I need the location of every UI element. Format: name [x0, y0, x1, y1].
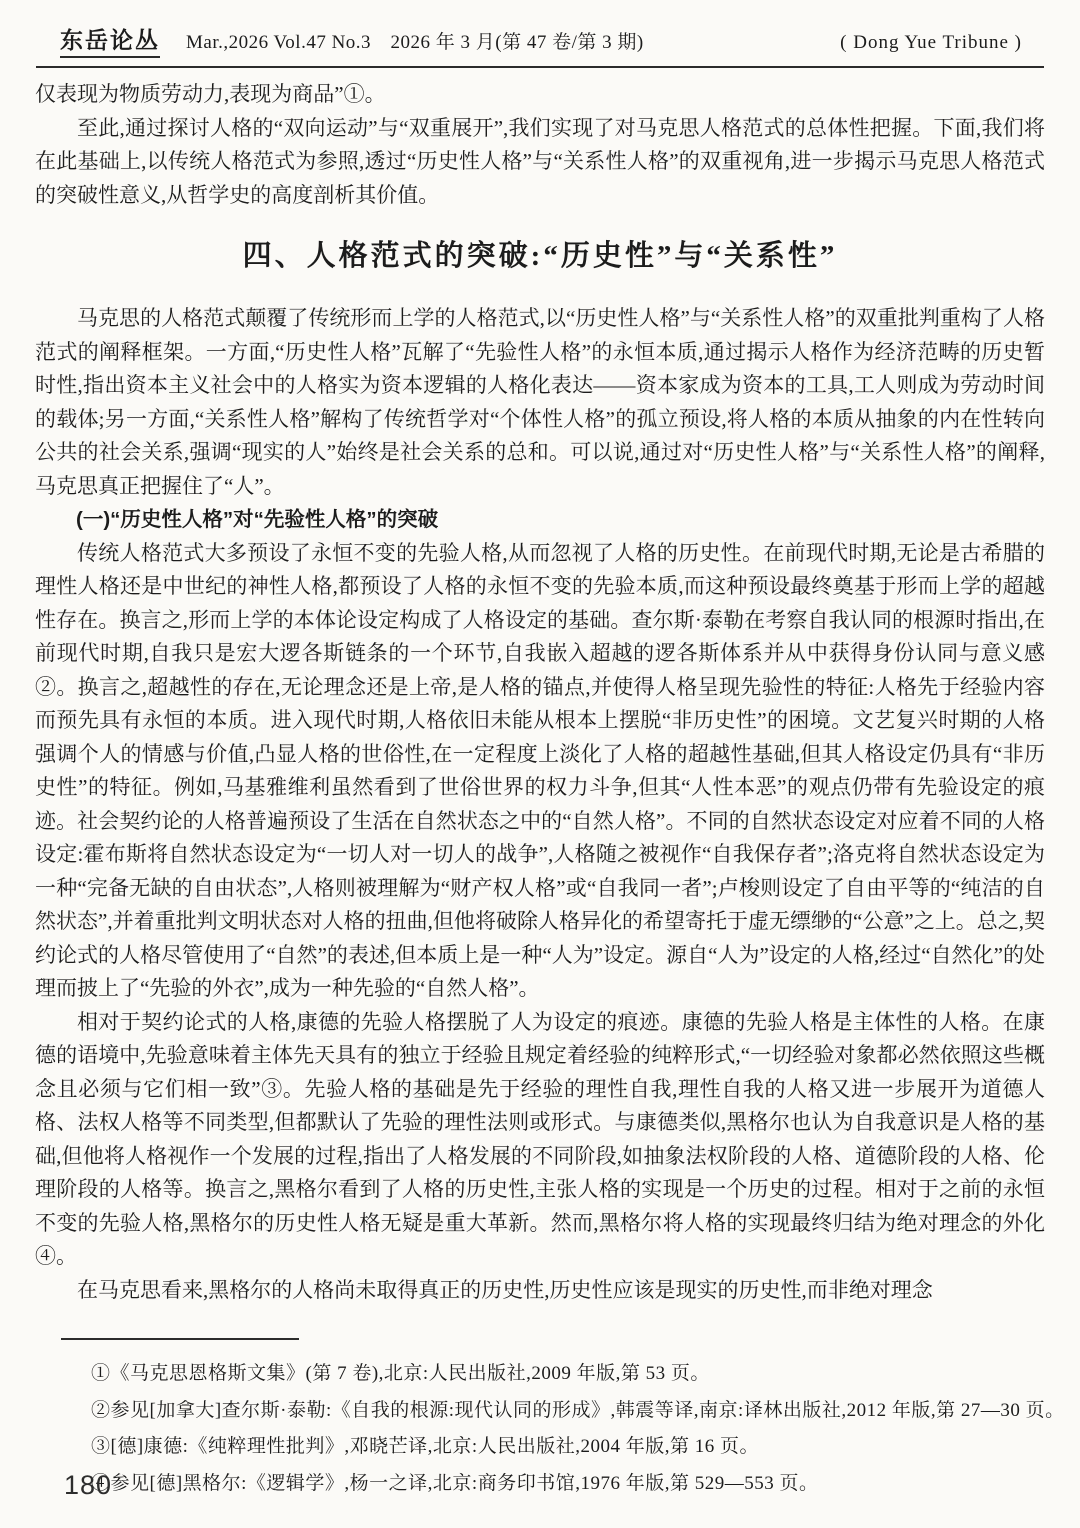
- journal-name: 东岳论丛: [60, 22, 160, 58]
- article-body: 仅表现为物质劳动力,表现为商品”①。 至此,通过探讨人格的“双向运动”与“双重展…: [35, 78, 1045, 1307]
- footnote-4: ④参见[德]黑格尔:《逻辑学》,杨一之译,北京:商务印书馆,1976 年版,第 …: [35, 1466, 1045, 1503]
- page-number: 180: [64, 1470, 112, 1501]
- footnote-3: ③[德]康德:《纯粹理性批判》,邓晓芒译,北京:人民出版社,2004 年版,第 …: [35, 1429, 1045, 1466]
- paragraph-overview: 至此,通过探讨人格的“双向运动”与“双重展开”,我们实现了对马克思人格范式的总体…: [35, 112, 1045, 213]
- paragraph-tradition: 传统人格范式大多预设了永恒不变的先验人格,从而忽视了人格的历史性。在前现代时期,…: [35, 537, 1045, 1006]
- subsection-heading: (一)“历史性人格”对“先验性人格”的突破: [35, 503, 1045, 537]
- section-heading: 四、人格范式的突破:“历史性”与“关系性”: [35, 236, 1045, 276]
- journal-name-english: ( Dong Yue Tribune ): [840, 32, 1022, 54]
- issue-info: Mar.,2026 Vol.47 No.3 2026 年 3 月(第 47 卷/…: [186, 27, 644, 54]
- paragraph-kant-hegel: 相对于契约论式的人格,康德的先验人格摆脱了人为设定的痕迹。康德的先验人格是主体性…: [35, 1006, 1045, 1274]
- page-header: 东岳论丛 Mar.,2026 Vol.47 No.3 2026 年 3 月(第 …: [36, 22, 1044, 68]
- footnotes-section: ①《马克思恩格斯文集》(第 7 卷),北京:人民出版社,2009 年版,第 53…: [35, 1338, 1045, 1502]
- footnote-divider: [61, 1338, 299, 1340]
- paragraph-section-intro: 马克思的人格范式颠覆了传统形而上学的人格范式,以“历史性人格”与“关系性人格”的…: [35, 302, 1045, 503]
- paragraph-marx: 在马克思看来,黑格尔的人格尚未取得真正的历史性,历史性应该是现实的历史性,而非绝…: [35, 1274, 1045, 1308]
- paragraph-continuation: 仅表现为物质劳动力,表现为商品”①。: [35, 78, 1045, 112]
- header-divider: [36, 66, 1044, 68]
- journal-page: 东岳论丛 Mar.,2026 Vol.47 No.3 2026 年 3 月(第 …: [0, 0, 1080, 1528]
- footnote-2: ②参见[加拿大]查尔斯·泰勒:《自我的根源:现代认同的形成》,韩震等译,南京:译…: [35, 1393, 1045, 1430]
- footnote-1: ①《马克思恩格斯文集》(第 7 卷),北京:人民出版社,2009 年版,第 53…: [35, 1356, 1045, 1393]
